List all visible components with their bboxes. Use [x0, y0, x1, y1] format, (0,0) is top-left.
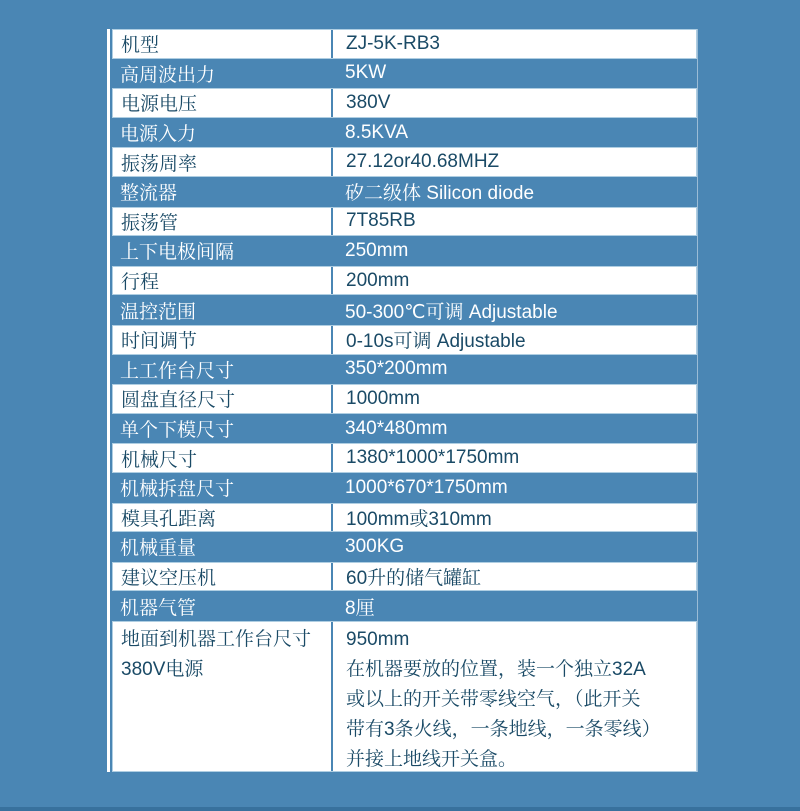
bottom-strip [0, 807, 800, 811]
spec-label: 时间调节 [113, 326, 331, 354]
spec-label: 振荡管 [113, 208, 331, 236]
spec-value: 5KW [330, 59, 697, 89]
spec-row-machine-weight: 机械重量 300KG [112, 532, 697, 562]
spec-row-upper-table-size: 上工作台尺寸 350*200mm [112, 355, 697, 385]
spec-label: 机械拆盘尺寸 [112, 473, 330, 503]
spec-row-power-input: 电源入力 8.5KVA [112, 118, 697, 148]
spec-label: 单个下模尺寸 [112, 414, 330, 444]
spec-value: 1380*1000*1750mm [331, 444, 696, 472]
spec-value: 380V [331, 89, 696, 117]
spec-label: 机器气管 [112, 591, 330, 621]
spec-label: 温控范围 [112, 295, 330, 325]
spec-value: 50-300℃可调 Adjustable [330, 295, 697, 325]
spec-label: 电源电压 [113, 89, 331, 117]
spec-label: 圆盘直径尺寸 [113, 385, 331, 413]
spec-row-floor-height-and-power-note: 地面到机器工作台尺寸 380V电源 950mm 在机器要放的位置，装一个独立32… [112, 621, 697, 772]
spec-row-voltage: 电源电压 380V [112, 88, 697, 118]
spec-label: 振荡周率 [113, 148, 331, 176]
spec-row-disassembled-size: 机械拆盘尺寸 1000*670*1750mm [112, 473, 697, 503]
spec-value: 250mm [330, 236, 697, 266]
spec-row-hf-output: 高周波出力 5KW [112, 59, 697, 89]
spec-value: 100mm或310mm [331, 504, 696, 532]
spec-row-rectifier: 整流器 矽二级体 Silicon diode [112, 177, 697, 207]
spec-row-air-compressor: 建议空压机 60升的储气罐缸 [112, 562, 697, 592]
spec-row-stroke: 行程 200mm [112, 266, 697, 296]
spec-label: 上下电极间隔 [112, 236, 330, 266]
spec-value: 950mm 在机器要放的位置，装一个独立32A 或以上的开关带零线空气，（此开关… [331, 622, 696, 771]
spec-value: ZJ-5K-RB3 [331, 30, 696, 58]
spec-label: 机型 [113, 30, 331, 58]
spec-row-model: 机型 ZJ-5K-RB3 [112, 29, 697, 59]
spec-label: 机械尺寸 [113, 444, 331, 472]
spec-label: 模具孔距离 [113, 504, 331, 532]
spec-value: 200mm [331, 267, 696, 295]
spec-value: 7T85RB [331, 208, 696, 236]
spec-row-lower-mold-size: 单个下模尺寸 340*480mm [112, 414, 697, 444]
spec-label: 整流器 [112, 177, 330, 207]
spec-value: 60升的储气罐缸 [331, 563, 696, 591]
spec-row-electrode-gap: 上下电极间隔 250mm [112, 236, 697, 266]
spec-label: 机械重量 [112, 532, 330, 562]
spec-label: 上工作台尺寸 [112, 355, 330, 385]
spec-table: 机型 ZJ-5K-RB3 高周波出力 5KW 电源电压 380V 电源入力 8.… [107, 29, 698, 772]
spec-value: 1000mm [331, 385, 696, 413]
spec-value: 8厘 [330, 591, 697, 621]
spec-row-temp-range: 温控范围 50-300℃可调 Adjustable [112, 295, 697, 325]
spec-value: 8.5KVA [330, 118, 697, 148]
spec-row-mold-hole-distance: 模具孔距离 100mm或310mm [112, 503, 697, 533]
spec-value: 27.12or40.68MHZ [331, 148, 696, 176]
spec-row-disc-diameter: 圆盘直径尺寸 1000mm [112, 384, 697, 414]
spec-row-oscillation-frequency: 振荡周率 27.12or40.68MHZ [112, 147, 697, 177]
spec-label: 地面到机器工作台尺寸 380V电源 [113, 622, 331, 771]
spec-label: 行程 [113, 267, 331, 295]
spec-label: 电源入力 [112, 118, 330, 148]
spec-value: 矽二级体 Silicon diode [330, 177, 697, 207]
spec-value: 0-10s可调 Adjustable [331, 326, 696, 354]
spec-row-air-pipe: 机器气管 8厘 [112, 591, 697, 621]
spec-value: 340*480mm [330, 414, 697, 444]
spec-value: 1000*670*1750mm [330, 473, 697, 503]
spec-row-oscillator-tube: 振荡管 7T85RB [112, 207, 697, 237]
spec-label: 高周波出力 [112, 59, 330, 89]
spec-row-machine-size: 机械尺寸 1380*1000*1750mm [112, 443, 697, 473]
spec-row-time-adjust: 时间调节 0-10s可调 Adjustable [112, 325, 697, 355]
spec-value: 300KG [330, 532, 697, 562]
spec-label: 建议空压机 [113, 563, 331, 591]
spec-value: 350*200mm [330, 355, 697, 385]
